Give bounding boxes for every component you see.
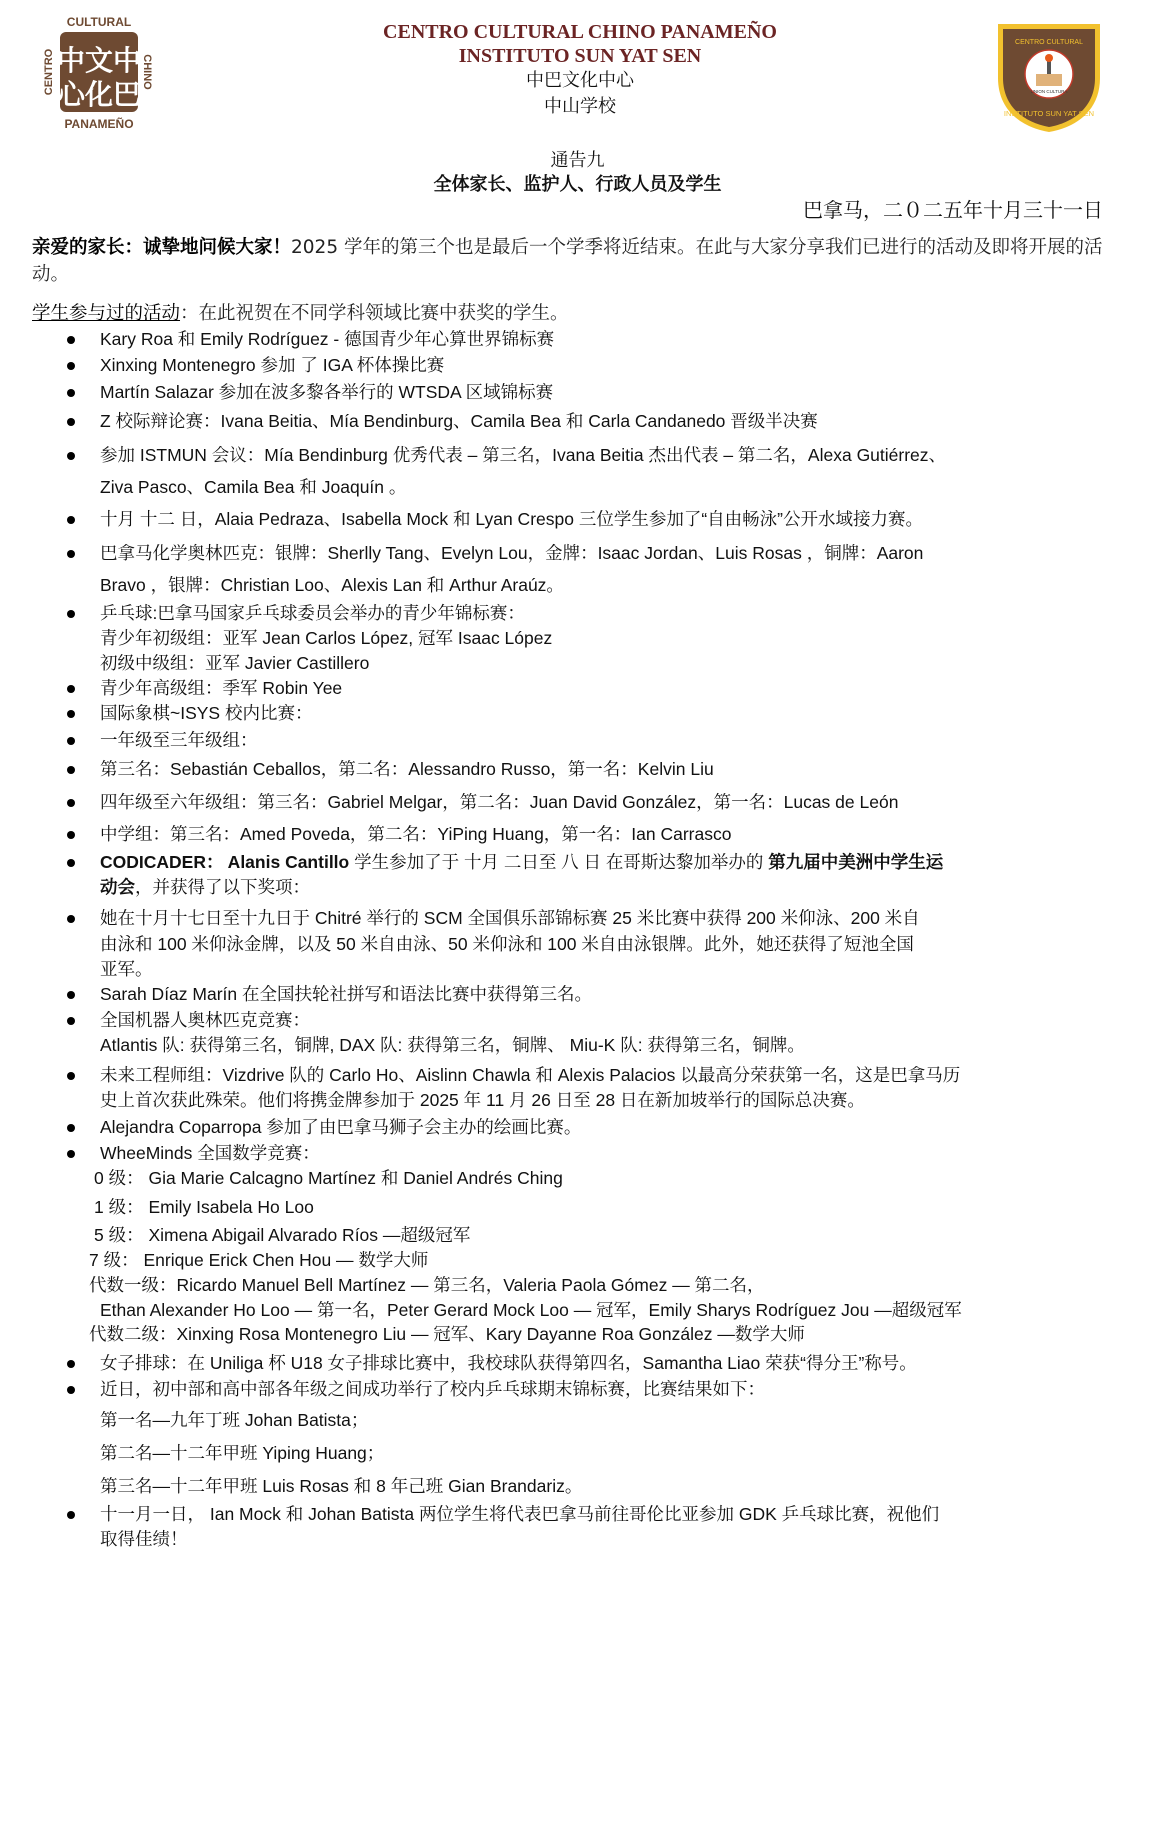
list-item-continuation: 取得佳绩！ bbox=[100, 1527, 1130, 1551]
sun-yat-sen-badge-icon: CENTRO CULTURAL INSTITUTO SUN YAT SEN UN… bbox=[990, 16, 1108, 134]
notice-number: 通告九 bbox=[0, 146, 1155, 172]
list-item-continuation: 动会，并获得了以下奖项： bbox=[100, 875, 1130, 899]
list-subitem: 初级中级组：亚军 Javier Castillero bbox=[100, 651, 1130, 675]
bullet-icon bbox=[67, 766, 75, 774]
list-item-continuation: Ziva Pasco、Camila Bea 和 Joaquín 。 bbox=[100, 475, 1130, 499]
bullet-icon bbox=[67, 362, 75, 370]
list-subitem: 代数一级：Ricardo Manuel Bell Martínez — 第三名，… bbox=[89, 1273, 1119, 1297]
list-subitem: 第三名—十二年甲班 Luis Rosas 和 8 年己班 Gian Branda… bbox=[100, 1474, 1130, 1498]
list-item: 全国机器人奥林匹克竞赛： bbox=[100, 1008, 1130, 1032]
list-item: Alejandra Coparropa 参加了由巴拿马狮子会主办的绘画比赛。 bbox=[100, 1115, 1130, 1139]
list-item: 女子排球：在 Uniliga 杯 U18 女子排球比赛中，我校球队获得第四名，S… bbox=[100, 1351, 1130, 1375]
bullet-icon bbox=[67, 685, 75, 693]
list-item: 她在十月十七日至十九日于 Chitré 举行的 SCM 全国俱乐部锦标赛 25 … bbox=[100, 906, 1130, 930]
bullet-icon bbox=[67, 737, 75, 745]
bullet-icon bbox=[67, 859, 75, 867]
svg-text:PANAMEÑO: PANAMEÑO bbox=[64, 116, 133, 131]
list-subitem: 第二名—十二年甲班 Yiping Huang； bbox=[100, 1441, 1130, 1465]
list-subitem: Atlantis 队: 获得第三名，铜牌, DAX 队: 获得第三名，铜牌、 M… bbox=[100, 1033, 1130, 1057]
list-item: 巴拿马化学奥林匹克：银牌：Sherlly Tang、Evelyn Lou，金牌：… bbox=[100, 541, 1130, 565]
section-title: 学生参与过的活动 bbox=[32, 303, 180, 324]
bullet-icon bbox=[67, 1124, 75, 1132]
list-item-continuation: 亚军。 bbox=[100, 957, 1130, 981]
intro-paragraph: 亲爱的家长：诚挚地问候大家！2025 学年的第三个也是最后一个学季将近结束。在此… bbox=[32, 234, 1122, 288]
list-item: 四年级至六年级组：第三名：Gabriel Melgar，第二名：Juan Dav… bbox=[100, 790, 1130, 814]
bullet-icon bbox=[67, 336, 75, 344]
section-heading: 学生参与过的活动：在此祝贺在不同学科领域比赛中获奖的学生。 bbox=[32, 300, 569, 327]
bullet-icon bbox=[67, 799, 75, 807]
bullet-icon bbox=[67, 389, 75, 397]
list-item: Martín Salazar 参加在波多黎各举行的 WTSDA 区域锦标赛 bbox=[100, 380, 1130, 404]
notice-audience: 全体家长、监护人、行政人员及学生 bbox=[0, 170, 1155, 196]
list-subitem: 青少年初级组：亚军 Jean Carlos López, 冠军 Isaac Ló… bbox=[100, 626, 1130, 650]
school-name-es: INSTITUTO SUN YAT SEN bbox=[300, 44, 860, 68]
list-item: 未来工程师组：Vizdrive 队的 Carlo Ho、Aislinn Chaw… bbox=[100, 1063, 1130, 1087]
section-subtitle: ：在此祝贺在不同学科领域比赛中获奖的学生。 bbox=[180, 303, 569, 324]
list-item: WheeMinds 全国数学竞赛： bbox=[100, 1141, 1130, 1165]
codicader-label: CODICADER： Alanis Cantillo bbox=[100, 852, 349, 872]
list-item-continuation: 由泳和 100 米仰泳金牌，以及 50 米自由泳、50 米仰泳和 100 米自由… bbox=[100, 932, 1130, 956]
list-item: 十月 十二 日，Alaia Pedraza、Isabella Mock 和 Ly… bbox=[100, 507, 1130, 531]
org-name-zh: 中巴文化中心 bbox=[300, 68, 860, 94]
list-item: CODICADER： Alanis Cantillo 学生参加了于 十月 二日至… bbox=[100, 850, 1130, 874]
svg-text:心化巴: 心化巴 bbox=[57, 78, 141, 111]
list-item: 乒乓球:巴拿马国家乒乓球委员会举办的青少年锦标赛： bbox=[100, 601, 1130, 625]
bullet-icon bbox=[67, 991, 75, 999]
list-item: 国际象棋~ISYS 校内比赛： bbox=[100, 701, 1130, 725]
list-subitem: 代数二级：Xinxing Rosa Montenegro Liu — 冠军、Ka… bbox=[89, 1322, 1119, 1346]
svg-text:CENTRO CULTURAL: CENTRO CULTURAL bbox=[1015, 39, 1083, 46]
list-item: 第三名：Sebastián Ceballos，第二名：Alessandro Ru… bbox=[100, 757, 1130, 781]
list-item: 近日，初中部和高中部各年级之间成功举行了校内乒乓球期末锦标赛，比赛结果如下： bbox=[100, 1377, 1130, 1401]
svg-text:CENTRO: CENTRO bbox=[43, 48, 55, 95]
bullet-icon bbox=[67, 1150, 75, 1158]
list-item: Kary Roa 和 Emily Rodríguez - 德国青少年心算世界锦标… bbox=[100, 327, 1130, 351]
list-subitem: 第一名—九年丁班 Johan Batista； bbox=[100, 1408, 1130, 1432]
list-item-continuation: Bravo ，银牌：Christian Loo、Alexis Lan 和 Art… bbox=[100, 573, 1130, 597]
list-item-continuation: 史上首次获此殊荣。他们将携金牌参加于 2025 年 11 月 26 日至 28 … bbox=[100, 1088, 1130, 1112]
bullet-icon bbox=[67, 1511, 75, 1519]
list-subitem: 1 级： Emily Isabela Ho Loo bbox=[94, 1195, 1124, 1219]
greeting: 亲爱的家长：诚挚地问候大家！ bbox=[32, 237, 291, 258]
svg-text:中文中: 中文中 bbox=[57, 44, 141, 77]
list-item: 青少年高级组：季军 Robin Yee bbox=[100, 676, 1130, 700]
list-item: 中学组：第三名：Amed Poveda，第二名：YiPing Huang，第一名… bbox=[100, 822, 1130, 846]
svg-text:CHINO: CHINO bbox=[141, 54, 153, 90]
svg-text:UNION CULTURA: UNION CULTURA bbox=[1031, 89, 1068, 94]
left-logo: CULTURAL 中文中 心化巴 CENTRO CHINO PANAMEÑO bbox=[40, 14, 158, 132]
list-item: 一年级至三年级组： bbox=[100, 728, 1130, 752]
list-item: 十一月一日， Ian Mock 和 Johan Batista 两位学生将代表巴… bbox=[100, 1502, 1130, 1526]
bullet-icon bbox=[67, 1386, 75, 1394]
bullet-icon bbox=[67, 610, 75, 618]
notice-date: 巴拿马，二０二五年十月三十一日 bbox=[803, 194, 1103, 223]
bullet-icon bbox=[67, 915, 75, 923]
list-subitem: Ethan Alexander Ho Loo — 第一名，Peter Gerar… bbox=[100, 1298, 1130, 1322]
bullet-icon bbox=[67, 710, 75, 718]
bullet-icon bbox=[67, 516, 75, 524]
list-subitem: 5 级： Ximena Abigail Alvarado Ríos —超级冠军 bbox=[94, 1223, 1124, 1247]
bullet-icon bbox=[67, 452, 75, 460]
list-item: Sarah Díaz Marín 在全国扶轮社拼写和语法比赛中获得第三名。 bbox=[100, 982, 1130, 1006]
bullet-icon bbox=[67, 1360, 75, 1368]
list-item: Z 校际辩论赛：Ivana Beitia、Mía Bendinburg、Cami… bbox=[100, 409, 1130, 433]
bullet-icon bbox=[67, 418, 75, 426]
bullet-icon bbox=[67, 831, 75, 839]
list-item: 参加 ISTMUN 会议：Mía Bendinburg 优秀代表 – 第三名，I… bbox=[100, 443, 1130, 467]
right-logo: CENTRO CULTURAL INSTITUTO SUN YAT SEN UN… bbox=[990, 16, 1108, 134]
school-name-zh: 中山学校 bbox=[300, 94, 860, 120]
bullet-icon bbox=[67, 1017, 75, 1025]
org-name-es: CENTRO CULTURAL CHINO PANAMEÑO bbox=[300, 20, 860, 44]
svg-text:CULTURAL: CULTURAL bbox=[67, 15, 131, 29]
bullet-icon bbox=[67, 1072, 75, 1080]
list-subitem: 0 级： Gia Marie Calcagno Martínez 和 Danie… bbox=[94, 1166, 1124, 1190]
list-item: Xinxing Montenegro 参加 了 IGA 杯体操比赛 bbox=[100, 353, 1130, 377]
bullet-icon bbox=[67, 550, 75, 558]
centro-cultural-logo-icon: CULTURAL 中文中 心化巴 CENTRO CHINO PANAMEÑO bbox=[40, 14, 158, 132]
svg-text:INSTITUTO SUN YAT SEN: INSTITUTO SUN YAT SEN bbox=[1004, 109, 1094, 118]
list-subitem: 7 级： Enrique Erick Chen Hou — 数学大师 bbox=[89, 1248, 1119, 1272]
